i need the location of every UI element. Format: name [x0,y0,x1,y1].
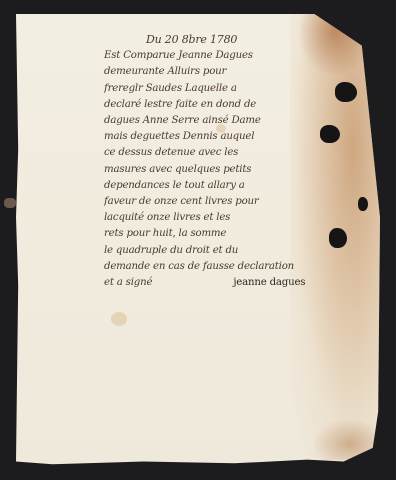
text-line: dependances le tout allary a [104,178,354,194]
text-line: mais deguettes Dennis auquel [104,129,354,145]
text-line: demande en cas de fausse declaration [104,259,354,275]
handwritten-text: Du 20 8bre 1780 Est Comparue Jeanne Dagu… [104,32,354,291]
text-line: Est Comparue Jeanne Dagues [104,48,354,64]
text-line: masures avec quelques petits [104,162,354,178]
text-line: rets pour huit, la somme [104,226,354,242]
water-stain-bottom [314,420,374,460]
paper-hole [358,197,368,211]
text-line: declaré lestre faite en dond de [104,97,354,113]
edge-tear [4,198,16,208]
text-line: frereglr Saudes Laquelle a [104,81,354,97]
text-line: demeurante Alluirs pour [104,64,354,80]
text-line: faveur de onze cent livres pour [104,194,354,210]
text-line: ce dessus detenue avec les [104,145,354,161]
signature: jeanne dagues [155,277,305,288]
date-line: Du 20 8bre 1780 [104,32,354,48]
text-line: et a signé jeanne dagues [104,275,354,291]
text-line: dagues Anne Serre ainsé Dame [104,113,354,129]
text-line: le quadruple du droit et du [104,243,354,259]
closing-text: et a signé [104,277,152,288]
foxing-spot [111,312,127,326]
text-line: lacquité onze livres et les [104,210,354,226]
